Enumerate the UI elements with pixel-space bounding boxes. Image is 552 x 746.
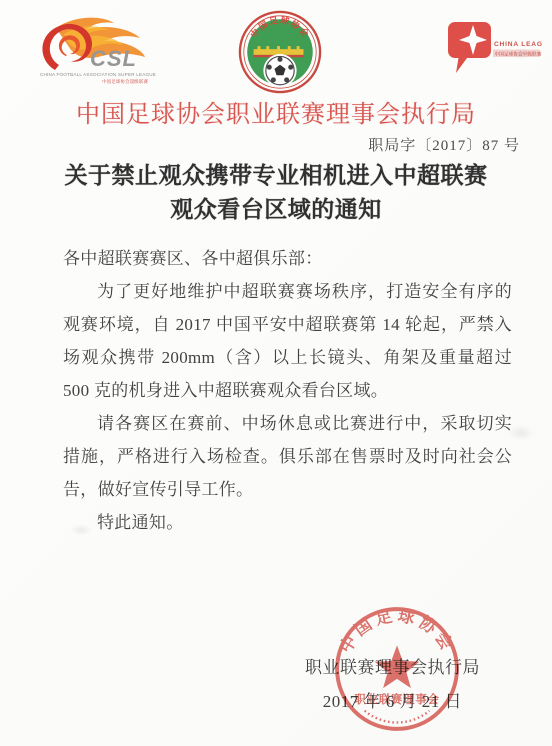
salutation: 各中超联赛赛区、各中超俱乐部： — [63, 242, 512, 275]
football-patch — [271, 77, 276, 82]
seal-bottom-text: 职业联赛理事会 — [354, 692, 439, 706]
csl-wordmark: CSL — [90, 46, 137, 71]
cfa-crest-icon: 中国足球协会 — [236, 8, 324, 96]
notice-body: 各中超联赛赛区、各中超俱乐部： 为了更好地维护中超联赛赛场秩序，打造安全有序的观… — [63, 242, 512, 539]
org-title: 中国足球协会职业联赛理事会执行局 — [0, 94, 552, 129]
body-paragraph: 为了更好地维护中超联赛赛场秩序，打造安全有序的观赛环境，自 2017 中国平安中… — [63, 275, 512, 407]
football-patch — [267, 65, 272, 70]
official-seal-icon: 中国足球协会 职业联赛理事会 — [330, 602, 464, 736]
logo-row: CSL CHINA FOOTBALL ASSOCIATION SUPER LEA… — [0, 0, 552, 96]
notice-title-line2: 观众看台区域的通知 — [0, 192, 552, 226]
body-paragraph: 特此通知。 — [63, 506, 512, 539]
scan-smudge — [70, 524, 92, 536]
csl-subcaption: 中国足球协会超级联赛 — [102, 78, 148, 85]
csl-league-logo-icon: CSL CHINA FOOTBALL ASSOCIATION SUPER LEA… — [30, 12, 158, 88]
csl-caption: CHINA FOOTBALL ASSOCIATION SUPER LEAGUE — [40, 72, 156, 77]
seal-serial-marks — [365, 711, 430, 723]
doc-number: 职局字〔2017〕87 号 — [368, 134, 520, 155]
scanned-notice-document: CSL CHINA FOOTBALL ASSOCIATION SUPER LEA… — [0, 0, 552, 746]
football-patch — [284, 77, 289, 82]
body-paragraph: 请各赛区在赛前、中场休息或比赛进行中，采取切实措施，严格进行入场检查。俱乐部在售… — [63, 407, 512, 506]
football-patch — [277, 57, 282, 62]
notice-title: 关于禁止观众携带专业相机进入中超联赛 观众看台区域的通知 — [0, 158, 552, 226]
league-wordmark: CHINA LEAGUE — [494, 41, 542, 48]
scan-smudge — [512, 48, 530, 60]
league-bubble-icon — [448, 22, 491, 73]
football-patch — [288, 65, 293, 70]
scan-smudge — [508, 425, 534, 441]
seal-star-icon — [375, 645, 420, 688]
notice-title-line1: 关于禁止观众携带专业相机进入中超联赛 — [0, 158, 552, 192]
